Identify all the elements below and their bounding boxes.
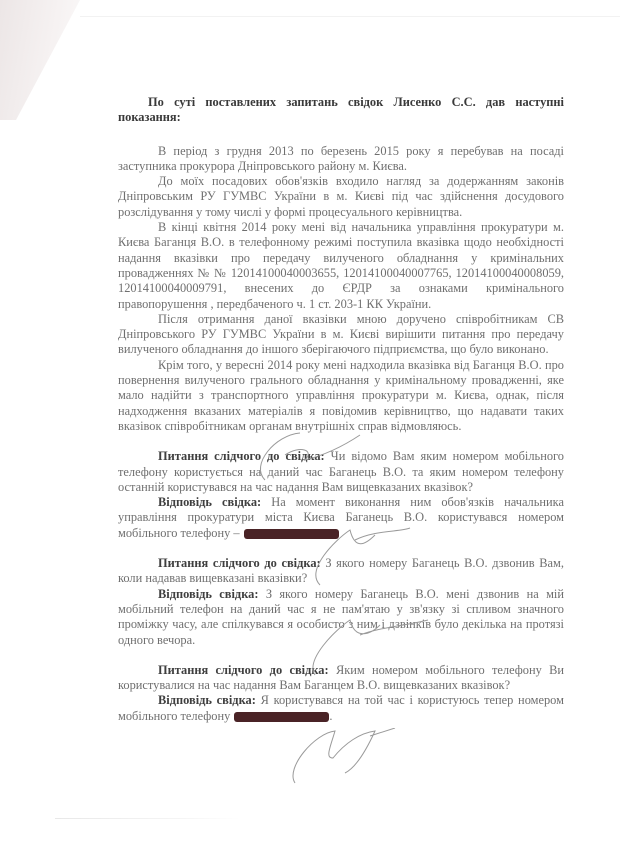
redacted-phone-number: [244, 529, 339, 539]
paragraph: До моїх посадових обов'язків входило наг…: [118, 174, 564, 220]
question: Питання слідчого до свідка: З якого номе…: [118, 556, 564, 587]
question-label: Питання слідчого до свідка:: [158, 556, 321, 570]
answer: Відповідь свідка: Я користувався на той …: [118, 693, 564, 724]
question: Питання слідчого до свідка: Чи відомо Ва…: [118, 449, 564, 495]
paragraph: Крім того, у вересні 2014 року мені надх…: [118, 358, 564, 434]
answer: Відповідь свідка: З якого номеру Баганец…: [118, 587, 564, 648]
paragraph: В період з грудня 2013 по березень 2015 …: [118, 144, 564, 175]
answer: Відповідь свідка: На момент виконання ни…: [118, 495, 564, 541]
redacted-phone-number: [234, 712, 329, 722]
question: Питання слідчого до свідка: Яким номером…: [118, 663, 564, 694]
answer-label: Відповідь свідка:: [158, 587, 258, 601]
paragraph: Після отримання даної вказівки мною дору…: [118, 312, 564, 358]
document-body: По суті поставлених запитань свідок Лисе…: [118, 95, 564, 724]
page-edge: [80, 16, 620, 17]
answer-label: Відповідь свідка:: [158, 693, 256, 707]
paragraph: В кінці квітня 2014 року мені від началь…: [118, 220, 564, 312]
document-heading: По суті поставлених запитань свідок Лисе…: [118, 95, 564, 126]
question-label: Питання слідчого до свідка:: [158, 663, 329, 677]
answer-label: Відповідь свідка:: [158, 495, 261, 509]
footer-line: [55, 818, 240, 819]
signature-icon: [285, 728, 405, 788]
folded-page-corner: [0, 0, 80, 120]
question-label: Питання слідчого до свідка:: [158, 449, 325, 463]
